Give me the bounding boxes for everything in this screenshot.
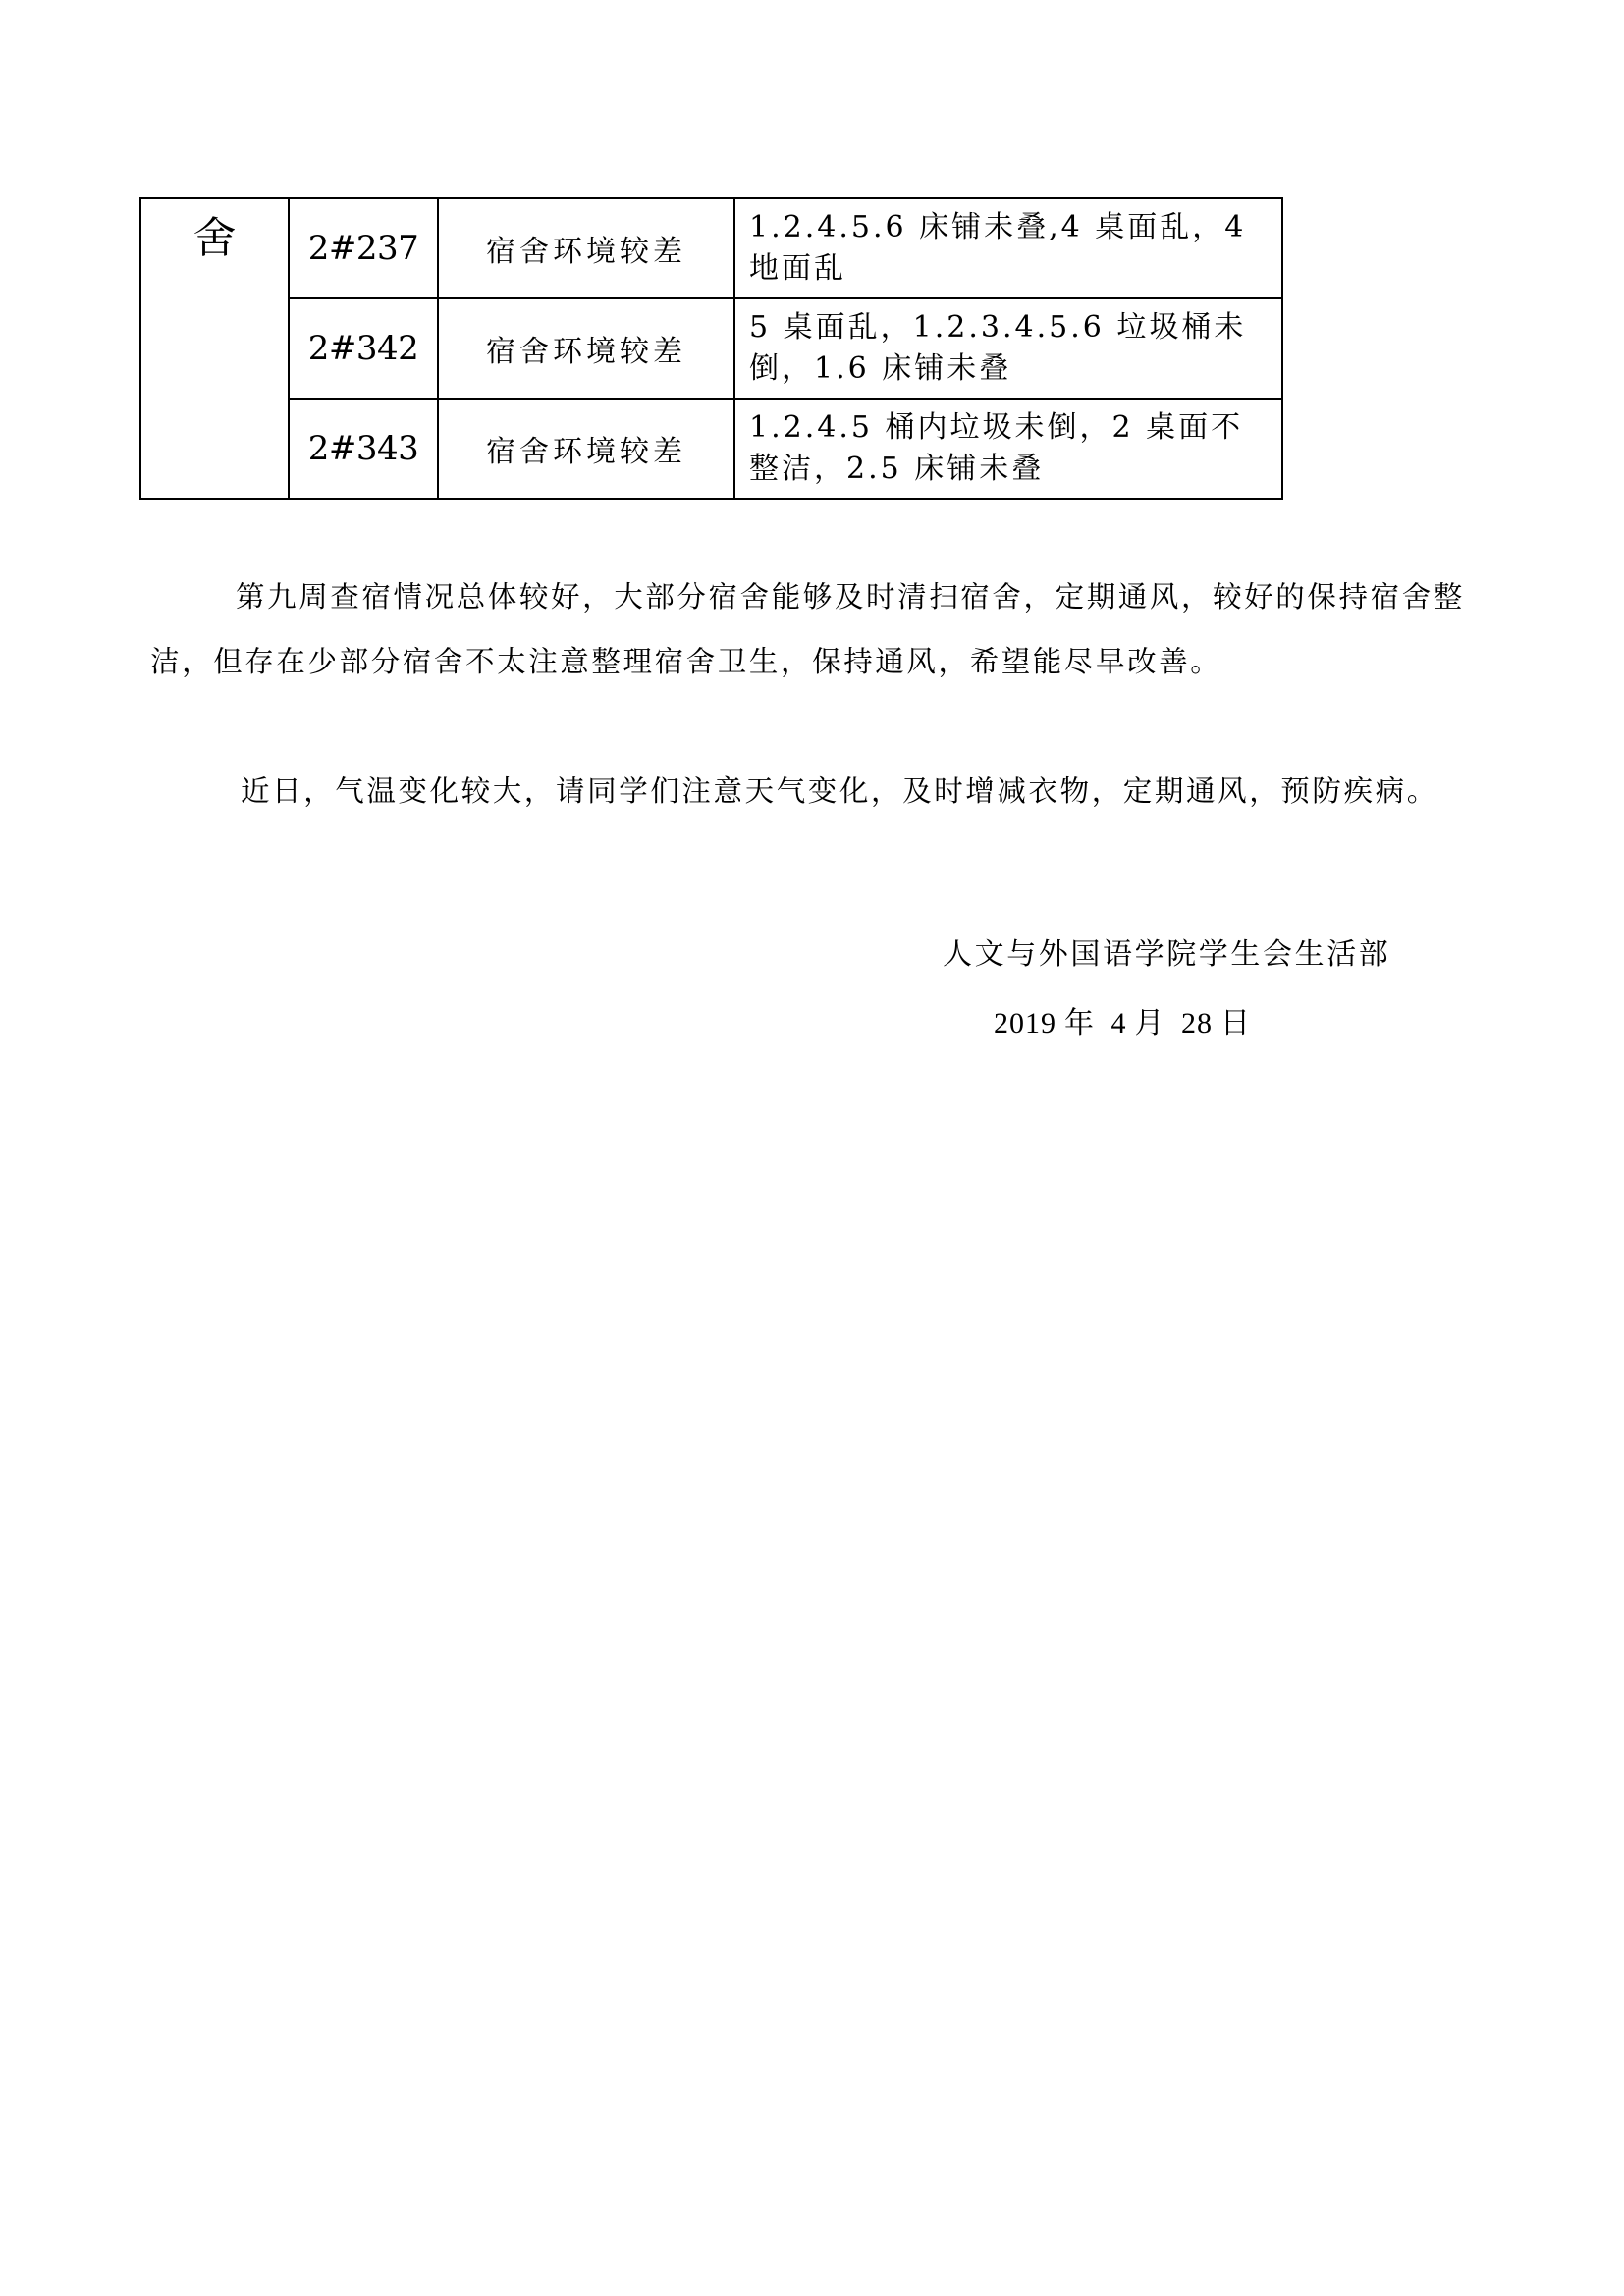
signature-date: 2019年 4月 28日 — [994, 998, 1259, 1041]
date-day-unit: 日 — [1220, 1007, 1251, 1040]
room-number-cell: 2#237 — [289, 198, 438, 298]
date-year-unit: 年 — [1064, 1007, 1095, 1040]
status-cell: 宿舍环境较差 — [438, 298, 734, 399]
detail-cell: 1.2.4.5.6 床铺未叠,4 桌面乱，4 地面乱 — [734, 198, 1282, 298]
signature-organization: 人文与外国语学院学生会生活部 — [943, 930, 1390, 973]
document-page: 舍 2#237 宿舍环境较差 1.2.4.5.6 床铺未叠,4 桌面乱，4 地面… — [0, 0, 1624, 2296]
date-month-unit: 月 — [1135, 1007, 1165, 1040]
status-cell: 宿舍环境较差 — [438, 198, 734, 298]
table-row: 2#343 宿舍环境较差 1.2.4.5 桶内垃圾未倒，2 桌面不整洁，2.5 … — [140, 399, 1282, 499]
detail-cell: 5 桌面乱，1.2.3.4.5.6 垃圾桶未倒，1.6 床铺未叠 — [734, 298, 1282, 399]
detail-cell: 1.2.4.5 桶内垃圾未倒，2 桌面不整洁，2.5 床铺未叠 — [734, 399, 1282, 499]
status-cell: 宿舍环境较差 — [438, 399, 734, 499]
room-number-cell: 2#343 — [289, 399, 438, 499]
table-row: 舍 2#237 宿舍环境较差 1.2.4.5.6 床铺未叠,4 桌面乱，4 地面… — [140, 198, 1282, 298]
date-day: 28 — [1181, 1007, 1213, 1040]
table-row: 2#342 宿舍环境较差 5 桌面乱，1.2.3.4.5.6 垃圾桶未倒，1.6… — [140, 298, 1282, 399]
date-month: 4 — [1111, 1007, 1127, 1040]
reminder-paragraph: 近日，气温变化较大，请同学们注意天气变化，及时增减衣物，定期通风，预防疾病。 — [150, 759, 1476, 824]
dorm-inspection-table: 舍 2#237 宿舍环境较差 1.2.4.5.6 床铺未叠,4 桌面乱，4 地面… — [139, 197, 1283, 500]
summary-paragraph: 第九周查宿情况总体较好，大部分宿舍能够及时清扫宿舍，定期通风，较好的保持宿舍整洁… — [150, 564, 1476, 694]
date-year: 2019 — [994, 1007, 1056, 1040]
room-number-cell: 2#342 — [289, 298, 438, 399]
category-cell: 舍 — [140, 198, 289, 499]
